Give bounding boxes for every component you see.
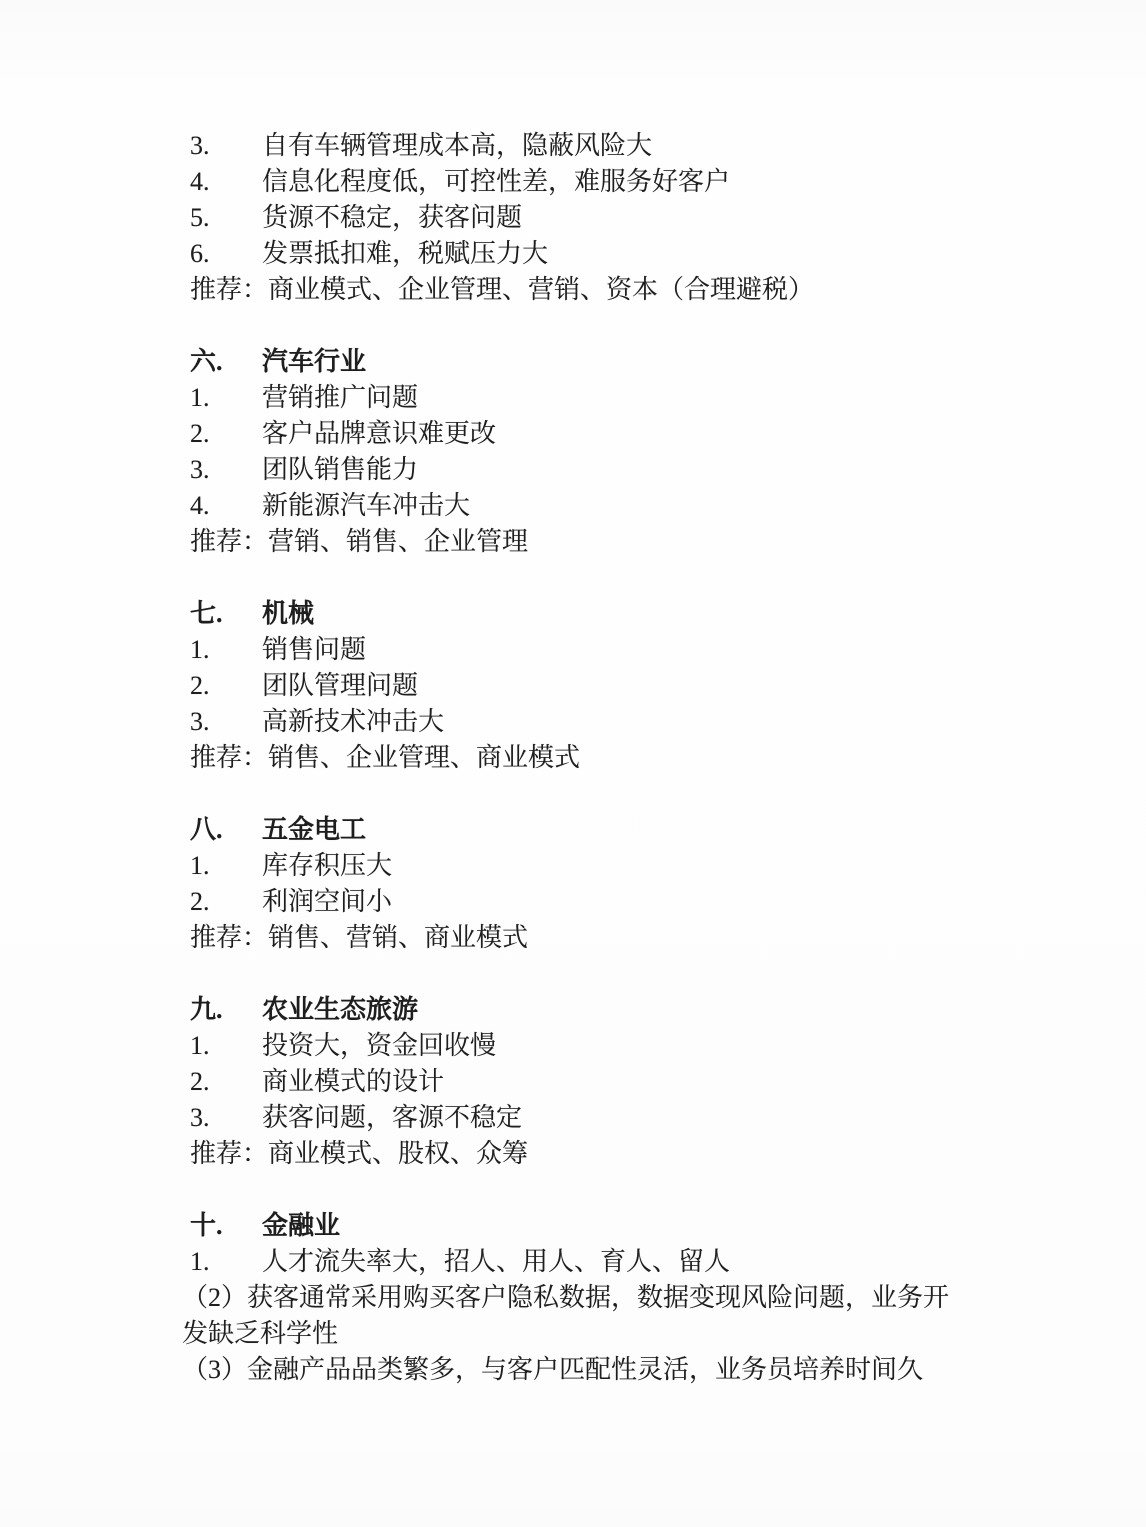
item-number: 3. — [190, 1100, 262, 1136]
recommend-line: 推荐：销售、企业管理、商业模式 — [190, 740, 990, 776]
list-item: 4. 新能源汽车冲击大 — [190, 488, 990, 524]
paragraph: （2）获客通常采用购买客户隐私数据，数据变现风险问题，业务开发缺乏科学性 — [182, 1280, 960, 1352]
item-text: 高新技术冲击大 — [262, 704, 444, 740]
list-item: 4. 信息化程度低，可控性差，难服务好客户 — [190, 164, 990, 200]
section-title: 金融业 — [262, 1208, 340, 1244]
item-number: 2. — [190, 1064, 262, 1100]
document-body: 3. 自有车辆管理成本高，隐蔽风险大 4. 信息化程度低，可控性差，难服务好客户… — [190, 128, 990, 1388]
section-number: 八. — [190, 812, 262, 848]
list-item: 2. 客户品牌意识难更改 — [190, 416, 990, 452]
item-text: 获客问题，客源不稳定 — [262, 1100, 522, 1136]
item-number: 3. — [190, 704, 262, 740]
list-item: 2. 商业模式的设计 — [190, 1064, 990, 1100]
section-agriculture-ecotourism: 九. 农业生态旅游 1. 投资大，资金回收慢 2. 商业模式的设计 3. 获客问… — [190, 992, 990, 1172]
item-number: 2. — [190, 884, 262, 920]
item-text: 商业模式的设计 — [262, 1064, 444, 1100]
list-item: 1. 库存积压大 — [190, 848, 990, 884]
item-number: 3. — [190, 128, 262, 164]
section-finance: 十. 金融业 1. 人才流失率大，招人、用人、育人、留人 （2）获客通常采用购买… — [190, 1208, 990, 1388]
item-text: 货源不稳定，获客问题 — [262, 200, 522, 236]
list-item: 3. 自有车辆管理成本高，隐蔽风险大 — [190, 128, 990, 164]
section-heading: 九. 农业生态旅游 — [190, 992, 990, 1028]
recommend-line: 推荐：商业模式、企业管理、营销、资本（合理避税） — [190, 272, 990, 308]
item-number: 1. — [190, 1028, 262, 1064]
section-automotive: 六. 汽车行业 1. 营销推广问题 2. 客户品牌意识难更改 3. 团队销售能力… — [190, 344, 990, 560]
section-heading: 八. 五金电工 — [190, 812, 990, 848]
item-text: 团队管理问题 — [262, 668, 418, 704]
list-item: 6. 发票抵扣难，税赋压力大 — [190, 236, 990, 272]
section-number: 十. — [190, 1208, 262, 1244]
item-text: 新能源汽车冲击大 — [262, 488, 470, 524]
item-number: 4. — [190, 488, 262, 524]
item-number: 6. — [190, 236, 262, 272]
item-number: 2. — [190, 668, 262, 704]
item-text: 营销推广问题 — [262, 380, 418, 416]
item-text: 人才流失率大，招人、用人、育人、留人 — [262, 1244, 730, 1280]
section-heading: 六. 汽车行业 — [190, 344, 990, 380]
section-title: 农业生态旅游 — [262, 992, 418, 1028]
list-item: 1. 销售问题 — [190, 632, 990, 668]
item-text: 客户品牌意识难更改 — [262, 416, 496, 452]
item-text: 发票抵扣难，税赋压力大 — [262, 236, 548, 272]
recommend-line: 推荐：营销、销售、企业管理 — [190, 524, 990, 560]
document-page: 3. 自有车辆管理成本高，隐蔽风险大 4. 信息化程度低，可控性差，难服务好客户… — [0, 0, 1146, 1527]
list-item: 1. 营销推广问题 — [190, 380, 990, 416]
item-number: 1. — [190, 1244, 262, 1280]
section-title: 机械 — [262, 596, 314, 632]
item-text: 销售问题 — [262, 632, 366, 668]
item-number: 4. — [190, 164, 262, 200]
list-item: 1. 投资大，资金回收慢 — [190, 1028, 990, 1064]
item-text: 利润空间小 — [262, 884, 392, 920]
item-number: 5. — [190, 200, 262, 236]
section-number: 九. — [190, 992, 262, 1028]
item-text: 信息化程度低，可控性差，难服务好客户 — [262, 164, 730, 200]
item-number: 1. — [190, 848, 262, 884]
recommend-line: 推荐：商业模式、股权、众筹 — [190, 1136, 990, 1172]
item-text: 投资大，资金回收慢 — [262, 1028, 496, 1064]
item-number: 1. — [190, 380, 262, 416]
item-number: 3. — [190, 452, 262, 488]
item-text: 团队销售能力 — [262, 452, 418, 488]
item-number: 1. — [190, 632, 262, 668]
item-number: 2. — [190, 416, 262, 452]
recommend-line: 推荐：销售、营销、商业模式 — [190, 920, 990, 956]
list-item: 1. 人才流失率大，招人、用人、育人、留人 — [190, 1244, 990, 1280]
list-item: 3. 团队销售能力 — [190, 452, 990, 488]
section-hardware-electrical: 八. 五金电工 1. 库存积压大 2. 利润空间小 推荐：销售、营销、商业模式 — [190, 812, 990, 956]
item-text: 自有车辆管理成本高，隐蔽风险大 — [262, 128, 652, 164]
item-text: 库存积压大 — [262, 848, 392, 884]
section-heading: 十. 金融业 — [190, 1208, 990, 1244]
paragraph: （3）金融产品品类繁多，与客户匹配性灵活，业务员培养时间久 — [182, 1352, 960, 1388]
list-item: 3. 获客问题，客源不稳定 — [190, 1100, 990, 1136]
section-number: 六. — [190, 344, 262, 380]
list-item: 5. 货源不稳定，获客问题 — [190, 200, 990, 236]
list-item: 2. 团队管理问题 — [190, 668, 990, 704]
list-item: 3. 高新技术冲击大 — [190, 704, 990, 740]
section-machinery: 七. 机械 1. 销售问题 2. 团队管理问题 3. 高新技术冲击大 推荐：销售… — [190, 596, 990, 776]
section-heading: 七. 机械 — [190, 596, 990, 632]
section-title: 汽车行业 — [262, 344, 366, 380]
section-title: 五金电工 — [262, 812, 366, 848]
list-item: 2. 利润空间小 — [190, 884, 990, 920]
section-number: 七. — [190, 596, 262, 632]
